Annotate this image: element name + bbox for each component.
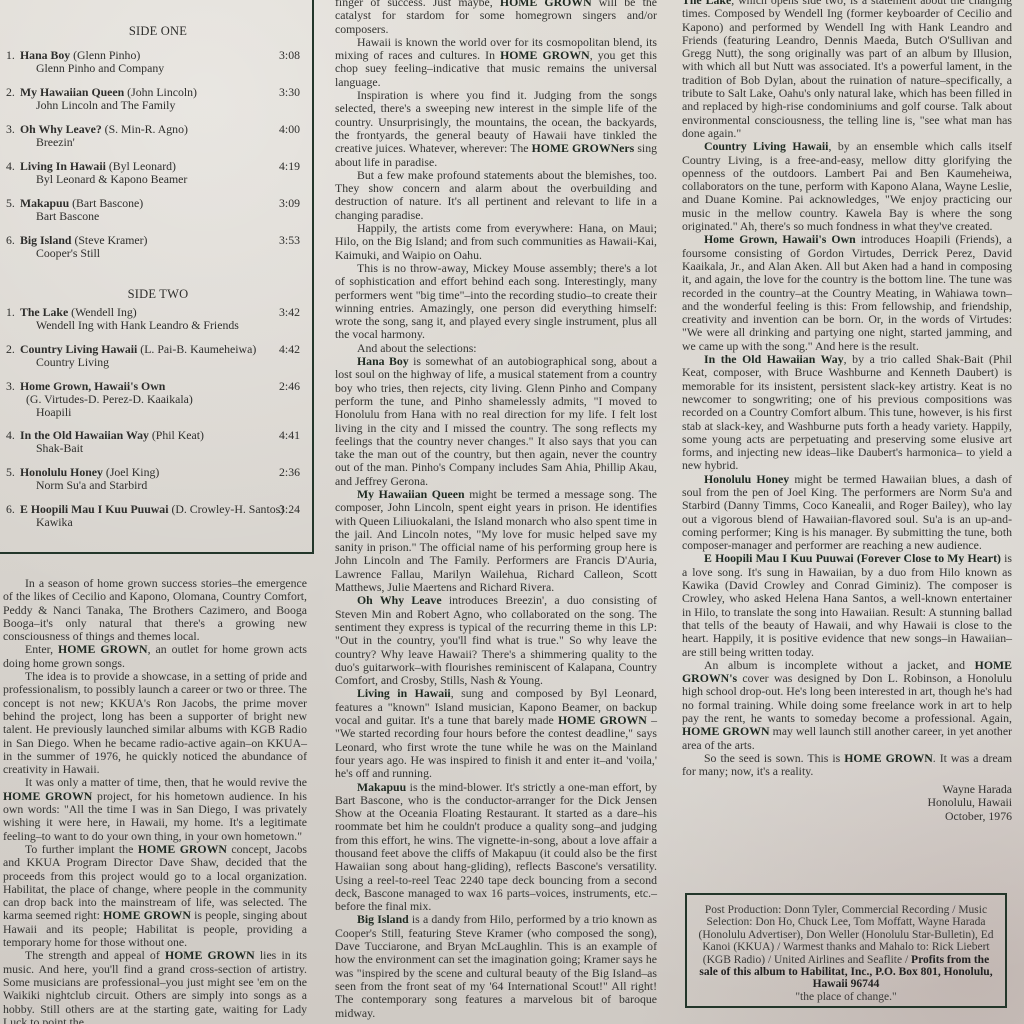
track-performer: Country Living [6, 356, 300, 369]
liner-paragraph: Happily, the artists come from everywher… [335, 222, 657, 262]
track-performer: Norm Su'a and Starbird [6, 479, 300, 492]
track-performer: Shak-Bait [6, 442, 300, 455]
track-title: Honolulu Honey [20, 465, 106, 479]
track-performer: Byl Leonard & Kapono Beamer [6, 173, 300, 186]
track-item: 6.Big Island (Steve Kramer)3:53Cooper's … [6, 234, 300, 260]
liner-paragraph: So the seed is sown. This is HOME GROWN.… [682, 752, 1012, 779]
liner-paragraph: Oh Why Leave introduces Breezin', a duo … [335, 594, 657, 687]
track-title: The Lake [20, 305, 71, 319]
track-item: 4.Living In Hawaii (Byl Leonard)4:19Byl … [6, 160, 300, 186]
liner-paragraph: The strength and appeal of HOME GROWN li… [3, 949, 307, 1024]
track-performer: Cooper's Still [6, 247, 300, 260]
track-number: 5. [6, 197, 20, 210]
liner-paragraph: Country Living Hawaii, by an ensemble wh… [682, 140, 1012, 233]
liner-notes-column-2: finger of success. Just maybe, HOME GROW… [335, 0, 657, 1020]
track-duration: 4:19 [279, 160, 300, 173]
track-title: Big Island [20, 233, 74, 247]
liner-paragraph: And about the selections: [335, 342, 657, 355]
track-performer: John Lincoln and The Family [6, 99, 300, 112]
track-performer: Kawika [6, 516, 300, 529]
liner-paragraph: It was only a matter of time, then, that… [3, 776, 307, 842]
track-item: 5.Makapuu (Bart Bascone)3:09Bart Bascone [6, 197, 300, 223]
track-composer: (Steve Kramer) [74, 233, 147, 247]
track-title: My Hawaiian Queen [20, 85, 127, 99]
track-number: 3. [6, 123, 20, 136]
track-item: 2.Country Living Hawaii (L. Pai-B. Kaume… [6, 343, 300, 369]
track-duration: 2:36 [279, 466, 300, 479]
track-title: Living In Hawaii [20, 159, 109, 173]
author-name: Wayne Harada [682, 783, 1012, 797]
credits-box: Post Production: Donn Tyler, Commercial … [685, 893, 1007, 1008]
track-composer: (John Lincoln) [127, 85, 197, 99]
track-title: Hana Boy [20, 48, 73, 62]
habilitat-tagline: "the place of change." [795, 991, 896, 1003]
track-duration: 4:41 [279, 429, 300, 442]
track-item: 3.Home Grown, Hawaii's Own 2:46(G. Virtu… [6, 380, 300, 419]
liner-paragraph: Home Grown, Hawaii's Own introduces Hoap… [682, 233, 1012, 353]
liner-paragraph: An album is incomplete without a jacket,… [682, 659, 1012, 752]
track-duration: 3:42 [279, 306, 300, 319]
author-date: October, 1976 [682, 810, 1012, 824]
liner-paragraph: Hana Boy is somewhat of an autobiographi… [335, 355, 657, 488]
track-composer: (Bart Bascone) [72, 196, 143, 210]
liner-paragraph: Makapuu is the mind-blower. It's strictl… [335, 781, 657, 914]
track-performer: Breezin' [6, 136, 300, 149]
liner-paragraph: Inspiration is where you find it. Judgin… [335, 89, 657, 169]
track-composer: (D. Crowley-H. Santos) [171, 502, 284, 516]
track-composer: (Glenn Pinho) [73, 48, 140, 62]
liner-notes-column-3: The Lake, which opens side two, is a sta… [682, 0, 1012, 823]
track-number: 6. [6, 503, 20, 516]
track-composer: (Wendell Ing) [71, 305, 137, 319]
track-number: 2. [6, 343, 20, 356]
side-two-heading: SIDE TWO [0, 287, 316, 302]
track-composer: (Phil Keat) [152, 428, 204, 442]
track-item: 3.Oh Why Leave? (S. Min-R. Agno)4:00Bree… [6, 123, 300, 149]
track-duration: 3:30 [279, 86, 300, 99]
liner-paragraph: Hawaii is known the world over for its c… [335, 36, 657, 89]
track-composer: (Joel King) [106, 465, 159, 479]
track-duration: 4:42 [279, 343, 300, 356]
track-item: 1.The Lake (Wendell Ing)3:42Wendell Ing … [6, 306, 300, 332]
track-item: 6.E Hoopili Mau I Kuu Puuwai (D. Crowley… [6, 503, 300, 529]
track-item: 5.Honolulu Honey (Joel King)2:36Norm Su'… [6, 466, 300, 492]
liner-paragraph: The Lake, which opens side two, is a sta… [682, 0, 1012, 140]
track-performer: Hoapili [6, 406, 300, 419]
track-title: Makapuu [20, 196, 72, 210]
track-title: Oh Why Leave? [20, 122, 105, 136]
track-title: In the Old Hawaiian Way [20, 428, 152, 442]
track-duration: 3:53 [279, 234, 300, 247]
track-number: 4. [6, 160, 20, 173]
liner-paragraph: E Hoopili Mau I Kuu Puuwai (Forever Clos… [682, 552, 1012, 658]
liner-paragraph: finger of success. Just maybe, HOME GROW… [335, 0, 657, 36]
track-duration: 2:46 [279, 380, 300, 393]
track-title: E Hoopili Mau I Kuu Puuwai [20, 502, 171, 516]
liner-paragraph: In a season of home grown success storie… [3, 577, 307, 643]
track-item: 1.Hana Boy (Glenn Pinho)3:08Glenn Pinho … [6, 49, 300, 75]
track-number: 4. [6, 429, 20, 442]
liner-paragraph: The idea is to provide a showcase, in a … [3, 670, 307, 776]
author-place: Honolulu, Hawaii [682, 796, 1012, 810]
track-composer: (L. Pai-B. Kaumeheiwa) [140, 342, 256, 356]
track-number: 1. [6, 49, 20, 62]
track-number: 1. [6, 306, 20, 319]
liner-paragraph: Big Island is a dandy from Hilo, perform… [335, 913, 657, 1019]
track-number: 5. [6, 466, 20, 479]
author-signature: Wayne Harada Honolulu, Hawaii October, 1… [682, 783, 1012, 824]
track-item: 2.My Hawaiian Queen (John Lincoln)3:30Jo… [6, 86, 300, 112]
liner-paragraph: But a few make profound statements about… [335, 169, 657, 222]
liner-paragraph: Enter, HOME GROWN, an outlet for home gr… [3, 643, 307, 670]
side-one-heading: SIDE ONE [0, 24, 316, 39]
liner-paragraph: Living in Hawaii, sung and composed by B… [335, 687, 657, 780]
track-composer: (S. Min-R. Agno) [105, 122, 188, 136]
liner-paragraph: In the Old Hawaiian Way, by a trio calle… [682, 353, 1012, 473]
track-number: 3. [6, 380, 20, 393]
liner-paragraph: This is no throw-away, Mickey Mouse asse… [335, 262, 657, 342]
track-duration: 4:00 [279, 123, 300, 136]
track-title: Home Grown, Hawaii's Own [20, 379, 165, 393]
track-item: 4.In the Old Hawaiian Way (Phil Keat)4:4… [6, 429, 300, 455]
liner-notes-column-1: In a season of home grown success storie… [3, 577, 307, 1024]
track-title: Country Living Hawaii [20, 342, 140, 356]
track-composer: (Byl Leonard) [109, 159, 176, 173]
track-performer: Glenn Pinho and Company [6, 62, 300, 75]
track-number: 6. [6, 234, 20, 247]
track-duration: 3:24 [279, 503, 300, 516]
track-duration: 3:09 [279, 197, 300, 210]
track-number: 2. [6, 86, 20, 99]
track-duration: 3:08 [279, 49, 300, 62]
liner-paragraph: To further implant the HOME GROWN concep… [3, 843, 307, 949]
track-performer: Bart Bascone [6, 210, 300, 223]
track-performer: Wendell Ing with Hank Leandro & Friends [6, 319, 300, 332]
liner-paragraph: Honolulu Honey might be termed Hawaiian … [682, 473, 1012, 553]
liner-paragraph: My Hawaiian Queen might be termed a mess… [335, 488, 657, 594]
